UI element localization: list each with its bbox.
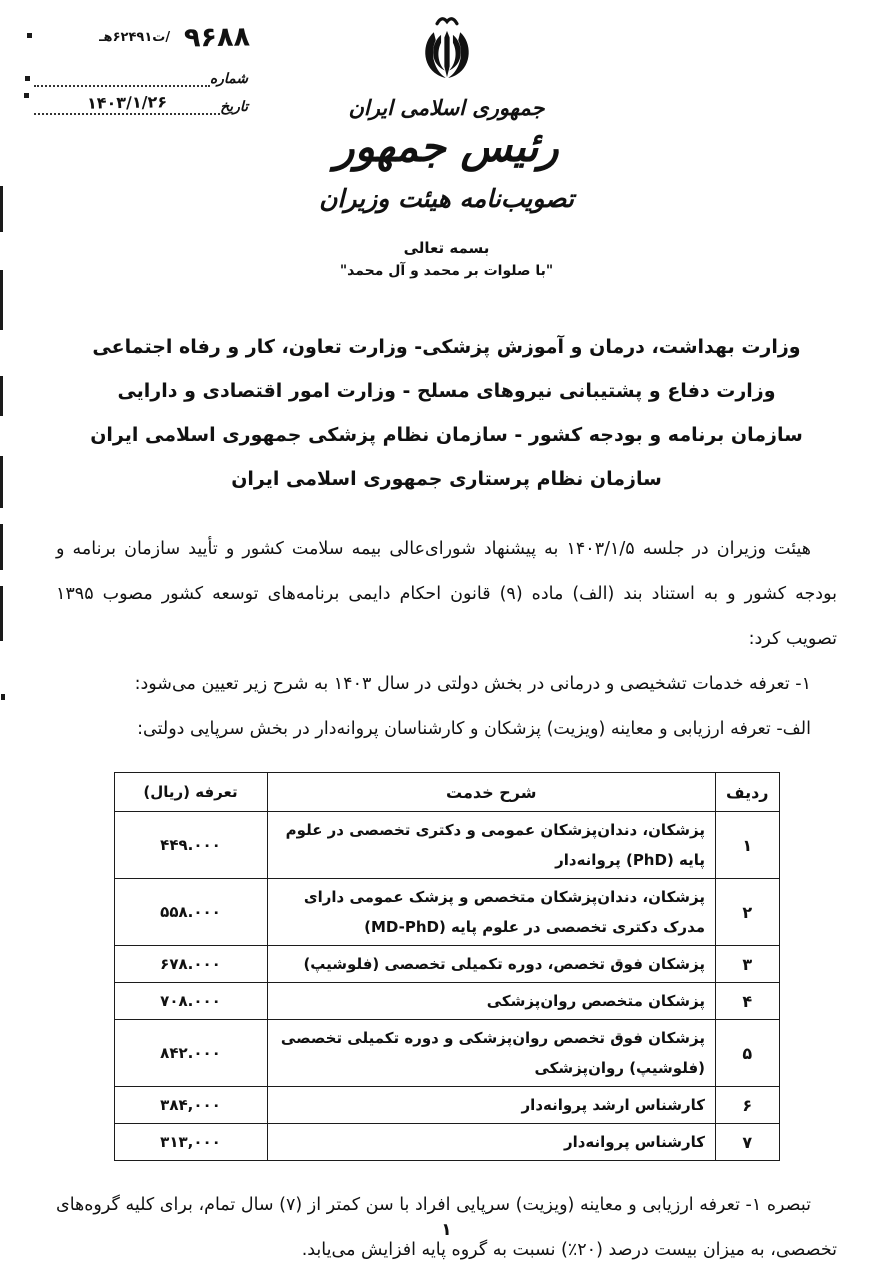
addressee-line: سازمان نظام پرستاری جمهوری اسلامی ایران [0,457,893,501]
date-value-handwritten: ۱۴۰۳/۱/۲۶ [87,92,167,113]
row-index: ۱ [716,812,779,879]
tariff-value: ۳۱۳,۰۰۰ [114,1124,267,1161]
table-row: ۷ کارشناس پروانه‌دار ۳۱۳,۰۰۰ [114,1124,779,1161]
row-index: ۷ [716,1124,779,1161]
tariff-value: ۴۴۹.۰۰۰ [114,812,267,879]
addressee-line: وزارت دفاع و پشتیبانی نیروهای مسلح - وزا… [0,369,893,413]
col-header-radif: ردیف [716,773,779,812]
scan-speck [27,33,32,38]
iran-emblem-icon [414,14,480,90]
service-description: کارشناس ارشد پروانه‌دار [267,1087,716,1124]
tariff-value: ۷۰۸.۰۰۰ [114,983,267,1020]
scan-edge-mark [0,270,3,330]
service-description: پزشکان، دندان‌پزشکان متخصص و پزشک عمومی … [267,879,716,946]
scan-edge-mark [0,586,3,641]
date-label: تاریخ [220,99,250,115]
tariff-table: ردیف شرح خدمت تعرفه (ریال) ۱ پزشکان، دند… [114,772,780,1161]
letterhead-authority: رئیس جمهور [0,124,893,170]
scan-edge-mark [0,376,3,416]
scan-speck [25,76,30,81]
table-row: ۳ پزشکان فوق تخصص، دوره تکمیلی تخصصی (فل… [114,946,779,983]
tariff-table-header-row: ردیف شرح خدمت تعرفه (ریال) [114,773,779,812]
date-field-row: تاریخ ۱۴۰۳/۱/۲۶ [34,93,250,115]
decree-number-handwritten: ۹۶۸۸ [184,21,250,53]
tariff-value: ۵۵۸.۰۰۰ [114,879,267,946]
addressee-line: وزارت بهداشت، درمان و آموزش پزشکی- وزارت… [0,325,893,369]
scan-speck [1,694,5,700]
addressee-line: سازمان برنامه و بودجه کشور - سازمان نظام… [0,413,893,457]
row-index: ۵ [716,1020,779,1087]
row-index: ۴ [716,983,779,1020]
item-1-paragraph: ۱- تعرفه خدمات تشخیصی و درمانی در بخش دو… [56,662,837,707]
number-label: شماره [210,71,250,87]
page-number: ۱ [0,1220,893,1240]
row-index: ۲ [716,879,779,946]
table-row: ۲ پزشکان، دندان‌پزشکان متخصص و پزشک عموم… [114,879,779,946]
table-row: ۴ پزشکان متخصص روان‌پزشکی ۷۰۸.۰۰۰ [114,983,779,1020]
scan-speck [24,93,29,98]
tariff-value: ۸۴۲.۰۰۰ [114,1020,267,1087]
tariff-value: ۶۷۸.۰۰۰ [114,946,267,983]
table-row: ۵ پزشکان فوق تخصص روان‌پزشکی و دوره تکمی… [114,1020,779,1087]
letterhead-doc-type: تصویب‌نامه هیئت وزیران [0,184,893,213]
service-description: پزشکان، دندان‌پزشکان عمومی و دکتری تخصصی… [267,812,716,879]
table-row: ۱ پزشکان، دندان‌پزشکان عمومی و دکتری تخص… [114,812,779,879]
invocation: بسمه تعالی [0,239,893,257]
service-description: کارشناس پروانه‌دار [267,1124,716,1161]
scan-edge-mark [0,456,3,508]
reference-number-line: ۹۶۸۸ /ت۶۲۴۹۱هـ [34,22,250,53]
service-description: پزشکان متخصص روان‌پزشکی [267,983,716,1020]
row-index: ۳ [716,946,779,983]
row-index: ۶ [716,1087,779,1124]
scanned-decree-page: ۹۶۸۸ /ت۶۲۴۹۱هـ شماره تاریخ ۱۴۰۳/۱/۲۶ جمه… [0,0,893,1280]
date-dotted-line: ۱۴۰۳/۱/۲۶ [34,93,220,115]
service-description: پزشکان فوق تخصص روان‌پزشکی و دوره تکمیلی… [267,1020,716,1087]
scan-edge-mark [0,524,3,570]
service-description: پزشکان فوق تخصص، دوره تکمیلی تخصصی (فلوش… [267,946,716,983]
addressees: وزارت بهداشت، درمان و آموزش پزشکی- وزارت… [0,325,893,501]
number-dotted-line [34,71,210,87]
col-header-tariff: تعرفه (ریال) [114,773,267,812]
decree-body: هیئت وزیران در جلسه ۱۴۰۳/۱/۵ به پیشنهاد … [56,527,837,1273]
decree-number-stamp: /ت۶۲۴۹۱هـ [99,30,170,45]
number-field-row: شماره [34,71,250,87]
tariff-value: ۳۸۴,۰۰۰ [114,1087,267,1124]
item-alef-paragraph: الف- تعرفه ارزیابی و معاینه (ویزیت) پزشک… [56,707,837,752]
reference-block: ۹۶۸۸ /ت۶۲۴۹۱هـ شماره تاریخ ۱۴۰۳/۱/۲۶ [34,22,250,121]
scan-edge-mark [0,186,3,232]
intro-paragraph: هیئت وزیران در جلسه ۱۴۰۳/۱/۵ به پیشنهاد … [56,527,837,662]
salutation: "با صلوات بر محمد و آل محمد" [0,263,893,279]
table-row: ۶ کارشناس ارشد پروانه‌دار ۳۸۴,۰۰۰ [114,1087,779,1124]
col-header-service: شرح خدمت [267,773,716,812]
